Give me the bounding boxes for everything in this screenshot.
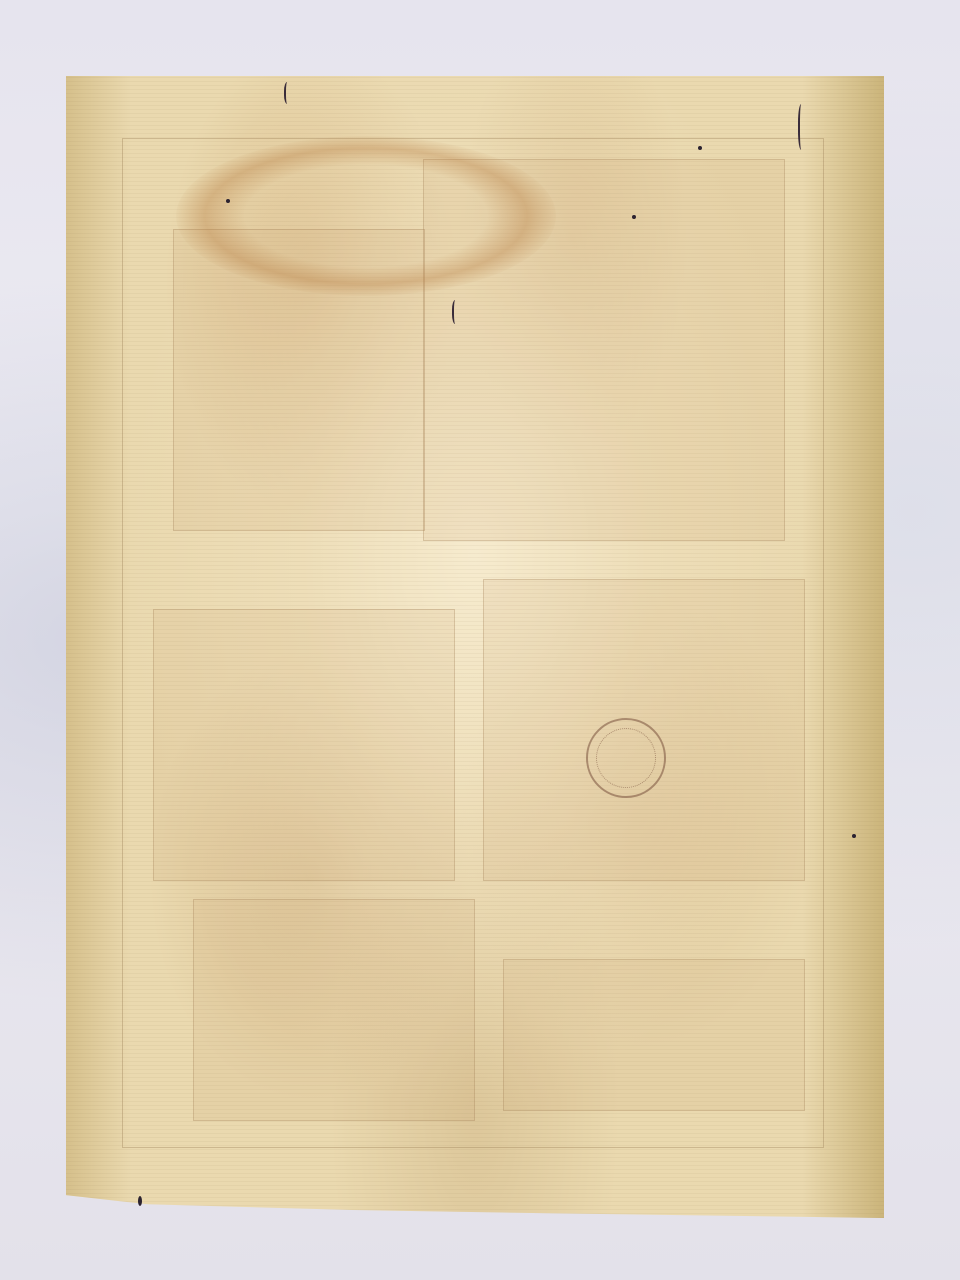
- ink-mark: [452, 300, 460, 324]
- show-through-panel-bottom-right: [503, 959, 805, 1111]
- show-through-panel-bottom-left: [193, 899, 475, 1121]
- ink-dot: [226, 199, 230, 203]
- ink-dot: [852, 834, 856, 838]
- ink-mark: [798, 104, 806, 150]
- paper-sheet: [66, 76, 884, 1218]
- ink-dot: [632, 215, 636, 219]
- collector-stamp: [586, 718, 666, 798]
- ink-mark: [284, 82, 292, 104]
- ink-dot: [698, 146, 702, 150]
- water-stain-top: [176, 136, 556, 296]
- show-through-panel-middle-left: [153, 609, 455, 881]
- ink-dot: [138, 1196, 142, 1206]
- plate-mark-border: [122, 138, 824, 1148]
